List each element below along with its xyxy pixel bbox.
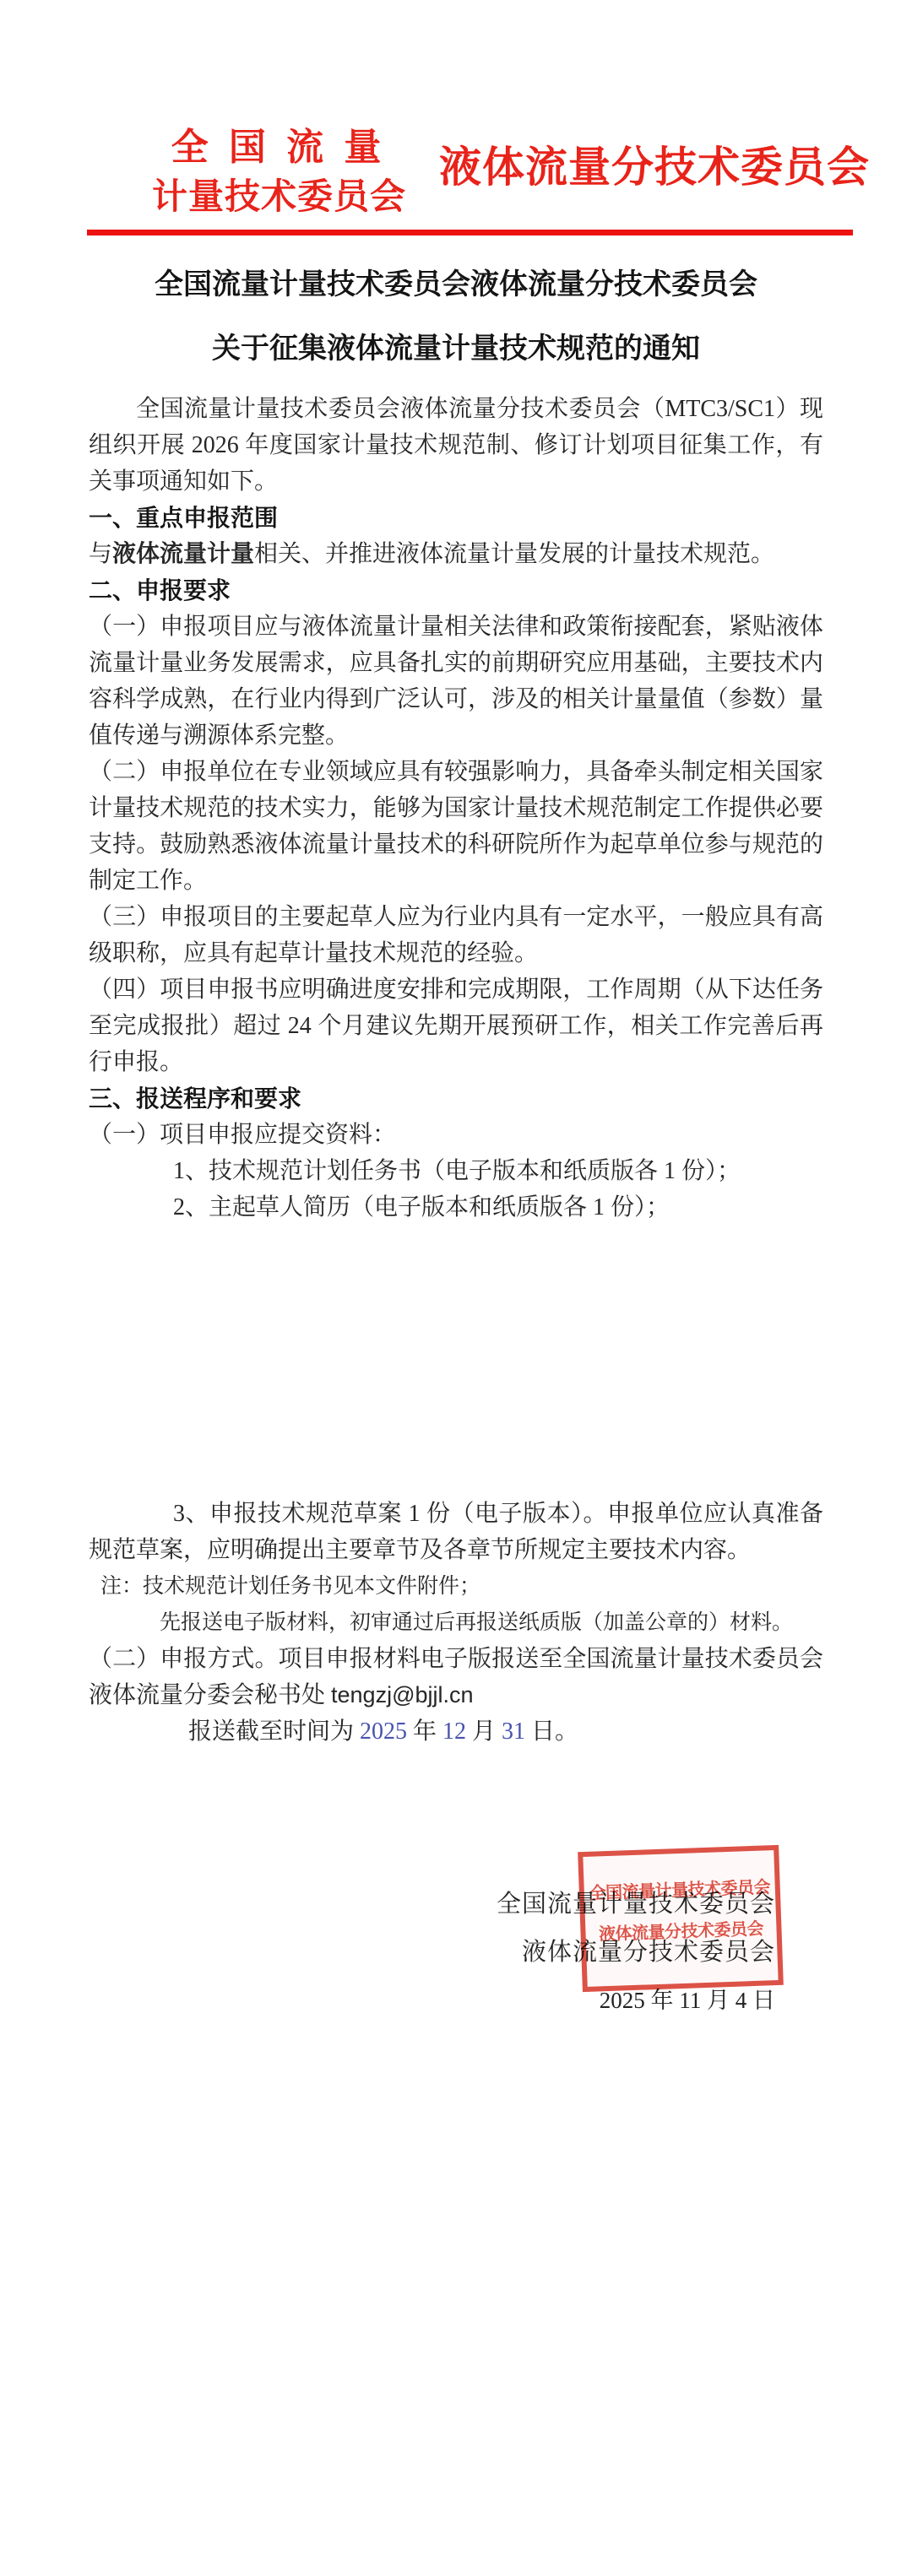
note-line-1: 注：技术规范计划任务书见本文件附件；: [89, 1568, 823, 1605]
requirement-item-3: （三）申报项目的主要起草人应为行业内具有一定水平，一般应具有高级职称，应具有起草…: [89, 899, 823, 971]
letterhead-org-left: 全 国 流 量 计量技术委员会: [152, 123, 405, 221]
material-item-2: 2、主起草人简历（电子版本和纸质版各 1 份）；: [89, 1189, 823, 1226]
deadline-suffix: 日。: [525, 1718, 578, 1745]
submission-materials-intro: （一）项目申报应提交资料：: [89, 1117, 823, 1153]
deadline-day: 31: [502, 1718, 525, 1745]
scope-rest: 相关、并推进液体流量计量发展的计量技术规范。: [254, 541, 774, 567]
section-1-paragraph: 与液体流量计量相关、并推进液体流量计量发展的计量技术规范。: [89, 536, 823, 572]
material-item-1: 1、技术规范计划任务书（电子版本和纸质版各 1 份）；: [89, 1153, 823, 1189]
document-body: 全国流量计量技术委员会液体流量分技术委员会（MTC3/SC1）现组织开展 202…: [89, 391, 823, 1750]
deadline-year: 2025: [360, 1718, 407, 1745]
section-3-heading: 三、报送程序和要求: [89, 1080, 823, 1117]
scope-prefix: 与: [89, 541, 112, 567]
scope-bold-term: 液体流量计量: [112, 541, 254, 567]
official-seal: 全国流量计量技术委员会 液体流量分技术委员会: [578, 1845, 784, 1992]
requirement-item-2: （二）申报单位在专业领域应具有较强影响力，具备牵头制定相关国家计量技术规范的技术…: [89, 754, 823, 899]
requirement-item-4: （四）项目申报书应明确进度安排和完成期限，工作周期（从下达任务至完成报批）超过 …: [89, 971, 823, 1080]
section-1-heading: 一、重点申报范围: [89, 500, 823, 536]
section-2-heading: 二、申报要求: [89, 572, 823, 609]
letterhead-divider: [87, 230, 853, 235]
seal-text-line-2: 液体流量分技术委员会: [585, 1908, 778, 1956]
submission-method-paragraph: （二）申报方式。项目申报材料电子版报送至全国流量计量技术委员会液体流量分委会秘书…: [89, 1641, 823, 1713]
sub-committee-name: 液体流量分技术委员会: [439, 123, 870, 189]
note-line-2: 先报送电子版材料，初审通过后再报送纸质版（加盖公章的）材料。: [89, 1605, 823, 1641]
intro-paragraph: 全国流量计量技术委员会液体流量分技术委员会（MTC3/SC1）现组织开展 202…: [89, 391, 823, 500]
document-subject: 关于征集液体流量计量技术规范的通知: [0, 332, 912, 365]
material-item-3: 3、申报技术规范草案 1 份（电子版本）。申报单位应认真准备规范草案，应明确提出…: [89, 1496, 823, 1568]
document-page: 全 国 流 量 计量技术委员会 液体流量分技术委员会 全国流量计量技术委员会液体…: [0, 0, 912, 2576]
blank-gap: [89, 1226, 823, 1496]
deadline-prefix: 报送截至时间为: [188, 1718, 360, 1745]
requirement-item-1: （一）申报项目应与液体流量计量相关法律和政策衔接配套，紧贴液体流量计量业务发展需…: [89, 609, 823, 754]
org-name-line-2: 计量技术委员会: [152, 172, 405, 221]
deadline-sep-month: 月: [466, 1718, 502, 1745]
secretariat-email: tengzj@bjjl.cn: [331, 1682, 474, 1707]
org-name-line-1: 全 国 流 量: [152, 123, 405, 172]
seal-text-line-1: 全国流量计量技术委员会: [584, 1867, 776, 1915]
deadline-month: 12: [442, 1718, 466, 1745]
letterhead: 全 国 流 量 计量技术委员会 液体流量分技术委员会: [152, 123, 912, 221]
document-title: 全国流量计量技术委员会液体流量分技术委员会: [0, 268, 912, 301]
deadline-line: 报送截至时间为 2025 年 12 月 31 日。: [89, 1713, 823, 1750]
deadline-sep-year: 年: [407, 1718, 442, 1745]
